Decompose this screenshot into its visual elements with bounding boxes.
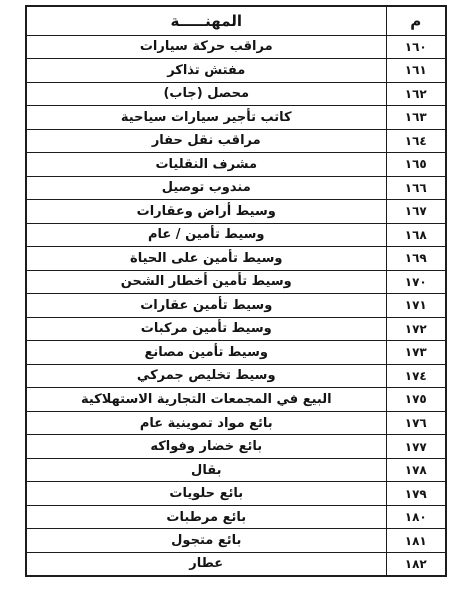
row-profession-cell: وسيط تأمين عقارات <box>26 294 386 318</box>
row-profession-cell: وسيط أراض وعقارات <box>26 200 386 224</box>
row-profession-cell: بائع مواد تموينية عام <box>26 411 386 435</box>
row-number-cell: ١٦٦ <box>386 176 446 200</box>
table-row: ١٦٦مندوب توصيل <box>26 176 446 200</box>
row-number-cell: ١٦٧ <box>386 200 446 224</box>
row-number-cell: ١٧٦ <box>386 411 446 435</box>
table-row: ١٦٣كاتب تأجير سيارات سياحية <box>26 106 446 130</box>
row-number-cell: ١٦١ <box>386 59 446 83</box>
row-number-cell: ١٧٧ <box>386 435 446 459</box>
row-profession-cell: مراقب حركة سيارات <box>26 35 386 59</box>
table-row: ١٧٦بائع مواد تموينية عام <box>26 411 446 435</box>
professions-table-head: م المهنـــــة <box>26 6 446 35</box>
table-row: ١٧٤وسيط تخليص جمركي <box>26 364 446 388</box>
table-row: ١٦٥مشرف النقليات <box>26 153 446 177</box>
row-profession-cell: البيع في المجمعات التجارية الاستهلاكية <box>26 388 386 412</box>
table-row: ١٧٢وسيط تأمين مركبات <box>26 317 446 341</box>
scanned-document-page: م المهنـــــة ١٦٠مراقب حركة سيارات١٦١مفت… <box>0 0 453 601</box>
row-number-cell: ١٦٢ <box>386 82 446 106</box>
row-profession-cell: بائع خضار وفواكه <box>26 435 386 459</box>
table-row: ١٧٨بقال <box>26 458 446 482</box>
row-profession-cell: كاتب تأجير سيارات سياحية <box>26 106 386 130</box>
row-profession-cell: وسيط تأمين على الحياة <box>26 247 386 271</box>
row-number-cell: ١٨١ <box>386 529 446 553</box>
row-profession-cell: وسيط تأمين مركبات <box>26 317 386 341</box>
row-profession-cell: بقال <box>26 458 386 482</box>
row-number-cell: ١٧٣ <box>386 341 446 365</box>
row-number-cell: ١٦٩ <box>386 247 446 271</box>
table-row: ١٧١وسيط تأمين عقارات <box>26 294 446 318</box>
row-number-cell: ١٧٠ <box>386 270 446 294</box>
row-profession-cell: محصل (جاب) <box>26 82 386 106</box>
row-profession-cell: بائع متجول <box>26 529 386 553</box>
row-profession-cell: مشرف النقليات <box>26 153 386 177</box>
row-profession-cell: وسيط تخليص جمركي <box>26 364 386 388</box>
row-profession-cell: مندوب توصيل <box>26 176 386 200</box>
table-row: ١٦٠مراقب حركة سيارات <box>26 35 446 59</box>
table-row: ١٦١مفتش تذاكر <box>26 59 446 83</box>
table-row: ١٧٣وسيط تأمين مصانع <box>26 341 446 365</box>
professions-table: م المهنـــــة ١٦٠مراقب حركة سيارات١٦١مفت… <box>25 5 447 577</box>
row-profession-cell: بائع حلويات <box>26 482 386 506</box>
table-row: ١٨٠بائع مرطبات <box>26 505 446 529</box>
header-row: م المهنـــــة <box>26 6 446 35</box>
row-number-cell: ١٦٨ <box>386 223 446 247</box>
row-number-cell: ١٧٨ <box>386 458 446 482</box>
row-profession-cell: بائع مرطبات <box>26 505 386 529</box>
row-number-cell: ١٨٠ <box>386 505 446 529</box>
row-number-cell: ١٨٢ <box>386 552 446 576</box>
row-number-cell: ١٦٠ <box>386 35 446 59</box>
row-number-cell: ١٧٢ <box>386 317 446 341</box>
table-row: ١٦٨وسيط تأمين / عام <box>26 223 446 247</box>
table-row: ١٦٩وسيط تأمين على الحياة <box>26 247 446 271</box>
table-row: ١٦٤مراقب نقل حفار <box>26 129 446 153</box>
row-number-cell: ١٧٤ <box>386 364 446 388</box>
number-column-header: م <box>386 6 446 35</box>
table-row: ١٧٩بائع حلويات <box>26 482 446 506</box>
row-profession-cell: وسيط تأمين أخطار الشحن <box>26 270 386 294</box>
row-profession-cell: وسيط تأمين / عام <box>26 223 386 247</box>
table-row: ١٨١بائع متجول <box>26 529 446 553</box>
table-row: ١٧٥البيع في المجمعات التجارية الاستهلاكي… <box>26 388 446 412</box>
row-profession-cell: وسيط تأمين مصانع <box>26 341 386 365</box>
row-number-cell: ١٦٥ <box>386 153 446 177</box>
table-row: ١٧٧بائع خضار وفواكه <box>26 435 446 459</box>
row-profession-cell: عطار <box>26 552 386 576</box>
table-row: ١٨٢عطار <box>26 552 446 576</box>
table-row: ١٦٢محصل (جاب) <box>26 82 446 106</box>
row-number-cell: ١٧٩ <box>386 482 446 506</box>
row-number-cell: ١٦٤ <box>386 129 446 153</box>
row-profession-cell: مراقب نقل حفار <box>26 129 386 153</box>
row-number-cell: ١٦٣ <box>386 106 446 130</box>
row-number-cell: ١٧١ <box>386 294 446 318</box>
profession-column-header: المهنـــــة <box>26 6 386 35</box>
row-number-cell: ١٧٥ <box>386 388 446 412</box>
professions-table-body: ١٦٠مراقب حركة سيارات١٦١مفتش تذاكر١٦٢محصل… <box>26 35 446 576</box>
table-row: ١٦٧وسيط أراض وعقارات <box>26 200 446 224</box>
row-profession-cell: مفتش تذاكر <box>26 59 386 83</box>
table-row: ١٧٠وسيط تأمين أخطار الشحن <box>26 270 446 294</box>
